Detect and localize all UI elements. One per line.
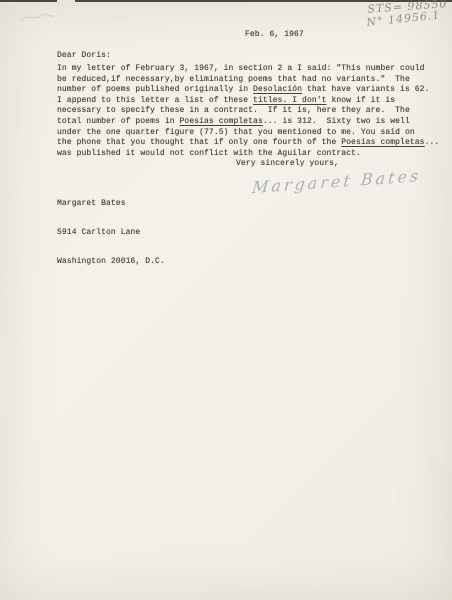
letter-salutation: Dear Doris: bbox=[57, 51, 111, 60]
sender-block: Margaret Bates 5914 Carlton Lane Washing… bbox=[57, 181, 165, 285]
body-line: was published it would not conflict with… bbox=[57, 149, 442, 160]
sender-name: Margaret Bates bbox=[57, 199, 165, 210]
body-line: total number of poems in Poesías complet… bbox=[57, 117, 442, 128]
letter-closing: Very sincerely yours, bbox=[236, 159, 339, 168]
body-line: I append to this letter a list of these … bbox=[57, 96, 442, 107]
handwritten-signature: Margaret Bates bbox=[251, 166, 422, 197]
sender-city: Washington 20016, D.C. bbox=[57, 257, 165, 268]
letter-date: Feb. 6, 1967 bbox=[245, 30, 304, 39]
letter-body: In my letter of February 3, 1967, in sec… bbox=[57, 64, 442, 159]
scan-edge-line-left bbox=[0, 0, 57, 2]
body-line: number of poems published originally in … bbox=[57, 85, 442, 96]
body-line: necessary to specify these in a contract… bbox=[57, 106, 442, 117]
body-line: be reduced,if necessary,by eliminating p… bbox=[57, 75, 442, 86]
scanned-letter-page: STS= 98550 N° 14956.1 Feb. 6, 1967 Dear … bbox=[0, 0, 452, 600]
sender-street: 5914 Carlton Lane bbox=[57, 228, 165, 239]
archival-code-block: STS= 98550 N° 14956.1 bbox=[337, 0, 448, 30]
body-line: the phone that you thought that if only … bbox=[57, 138, 442, 149]
body-line: under the one quarter figure (77.5) that… bbox=[57, 128, 442, 139]
body-line: In my letter of February 3, 1967, in sec… bbox=[57, 64, 442, 75]
pencil-smudge-mark bbox=[18, 8, 62, 26]
